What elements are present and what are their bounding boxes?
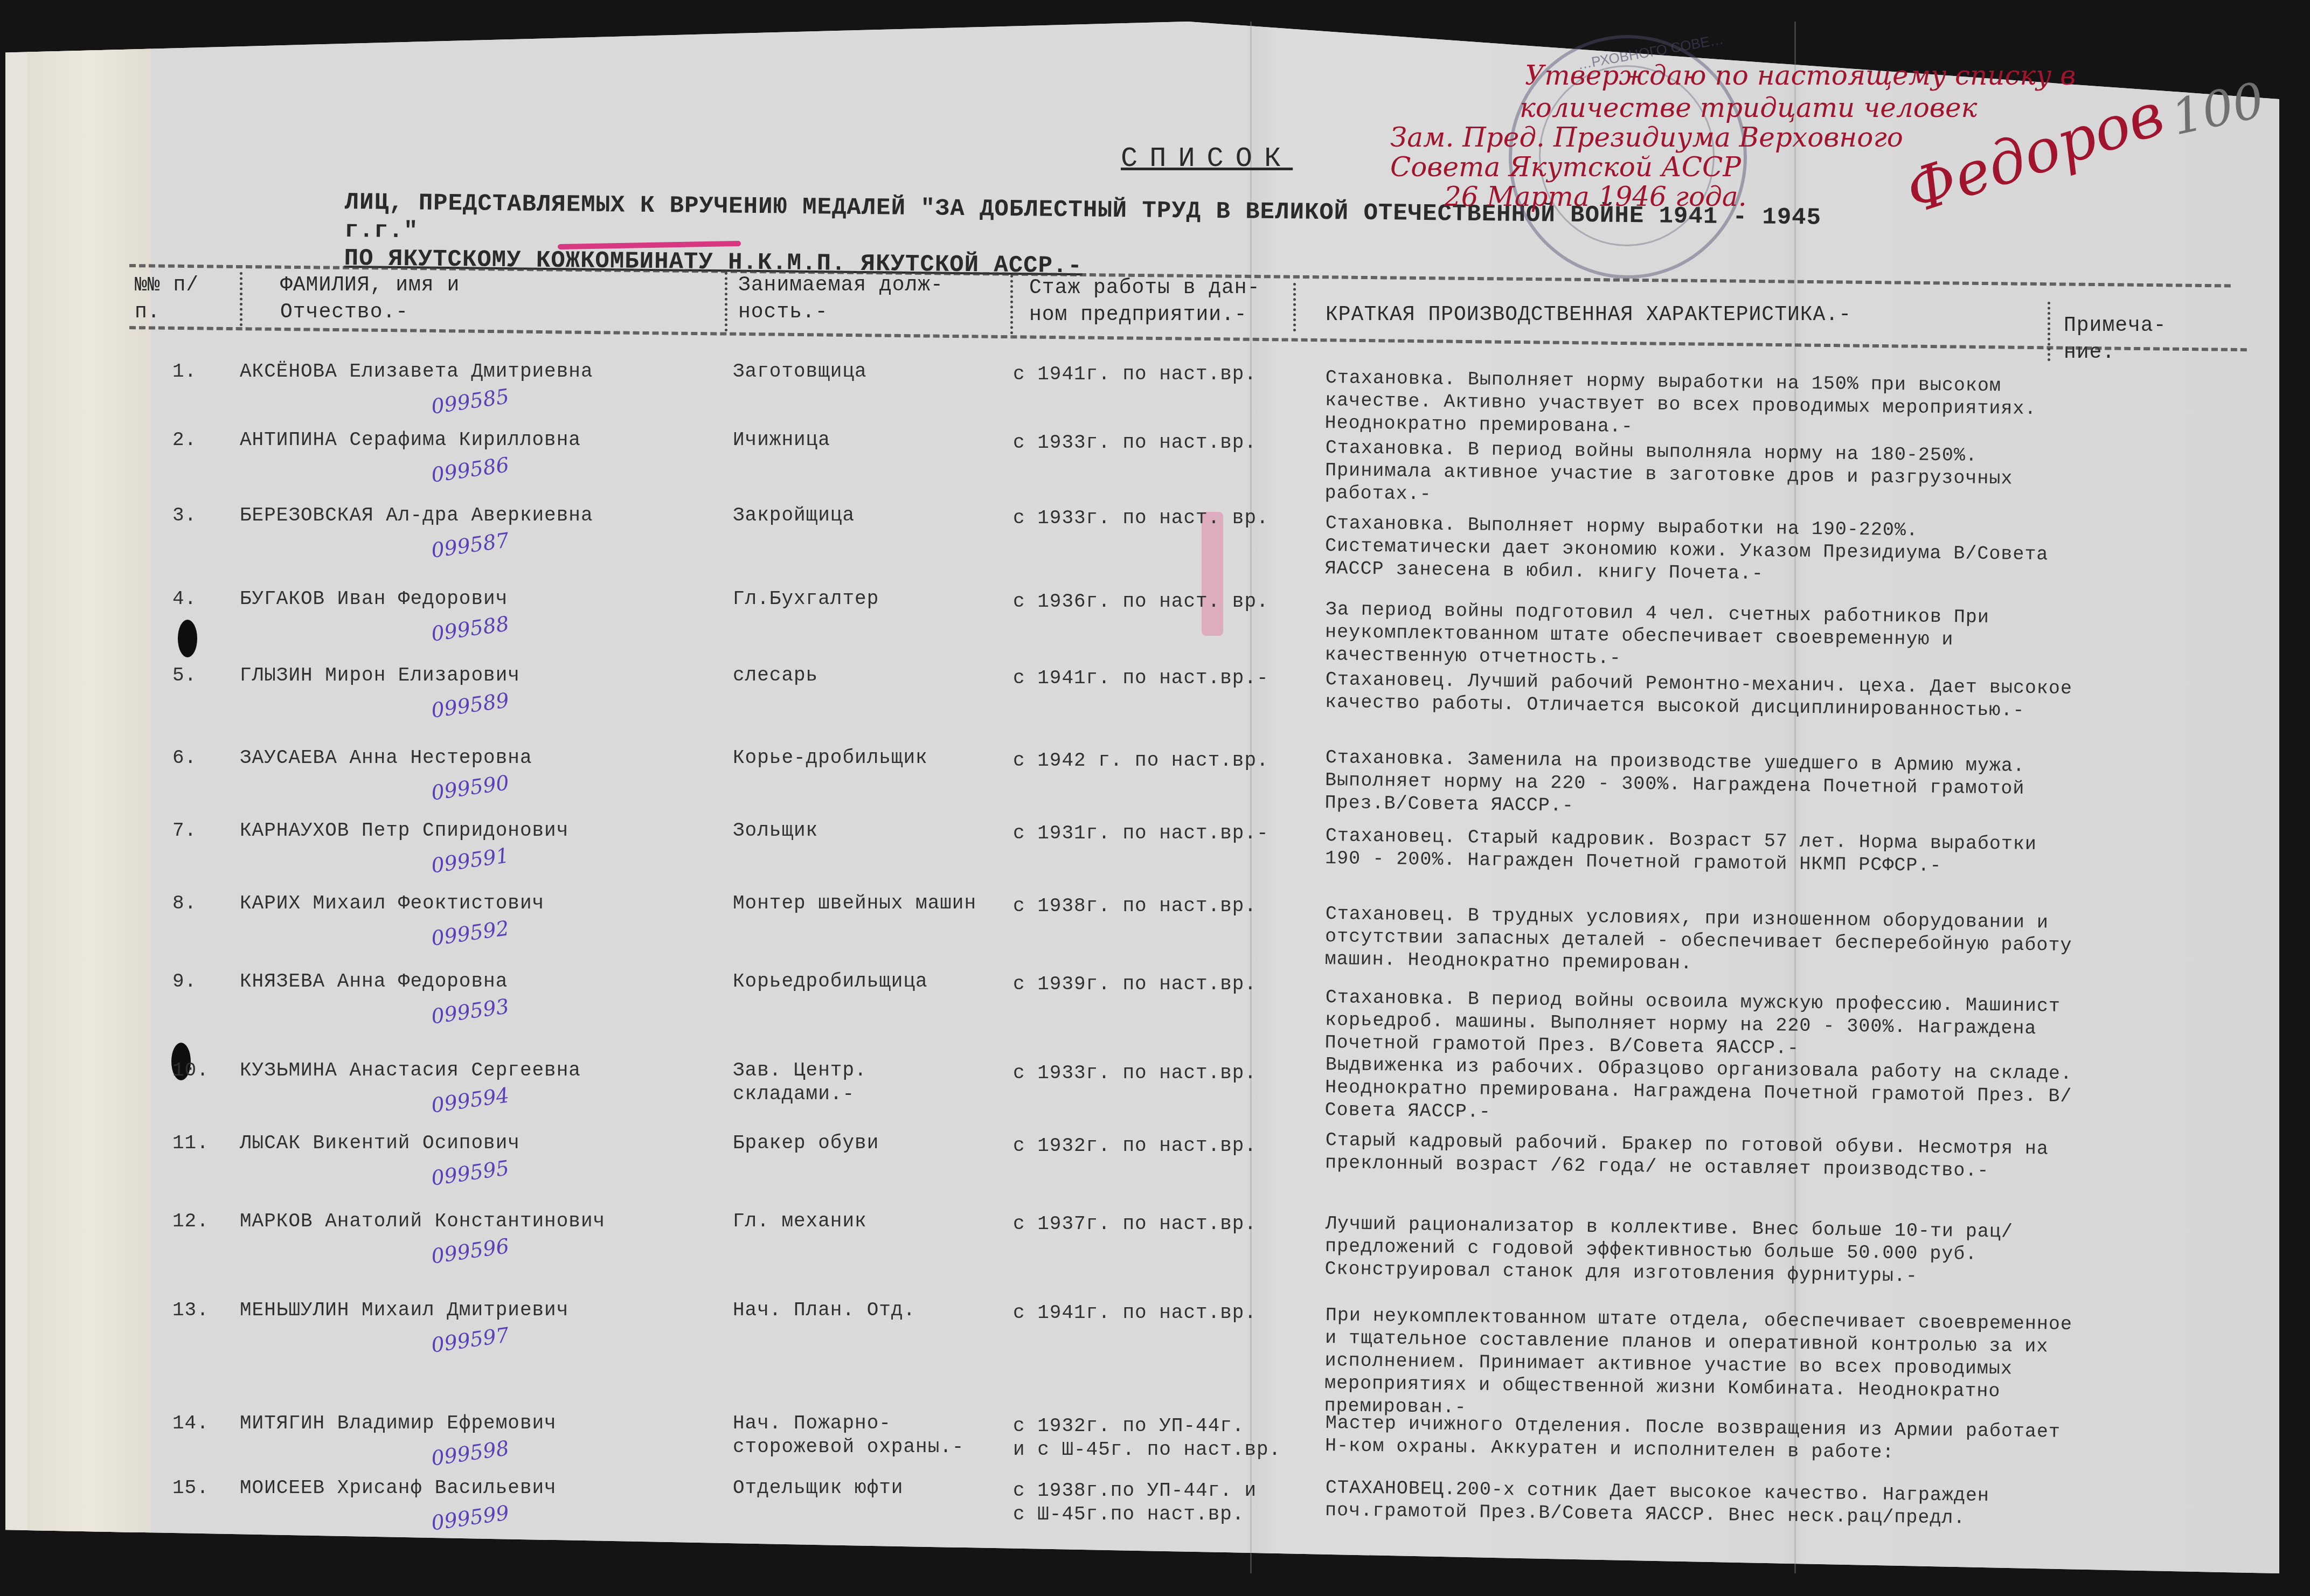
work-period: с 1933г. по наст. вр. [1013, 506, 1293, 530]
work-period: с 1941г. по наст.вр. [1013, 1301, 1293, 1325]
characteristic: Стахановец. Старый кадровик. Возраст 57 … [1325, 824, 2080, 879]
page-title: СПИСОК [1121, 143, 1293, 175]
position: Закройщица [733, 504, 991, 528]
work-period: с 1938г. по наст.вр. [1013, 894, 1293, 918]
characteristic: Стахановка. Выполняет норму выработки на… [1324, 366, 2079, 443]
characteristic: Стахановец. Лучший рабочий Ремонтно-меха… [1325, 668, 2080, 723]
work-period: с 1936г. по наст. вр. [1013, 590, 1293, 614]
row-number: 11. [172, 1132, 209, 1155]
characteristic: Стахановка. Выполняет норму выработки на… [1324, 512, 2079, 589]
row-number: 13. [172, 1299, 209, 1322]
approval-line-2: количестве тридцати человек [1520, 92, 1977, 124]
row-number: 4. [172, 587, 197, 611]
col-header-name: ФАМИЛИЯ, имя и Отчество.- [280, 272, 550, 326]
approval-date: 26 Марта 1946 года. [1444, 181, 1747, 213]
person-name: ЛЫСАК Викентий Осипович [240, 1132, 520, 1155]
row-number: 12. [172, 1210, 209, 1233]
column-separator [2048, 302, 2050, 361]
characteristic: За период войны подготовил 4 чел. счетны… [1324, 598, 2079, 675]
position: Гл. механик [733, 1210, 991, 1233]
characteristic: Стахановец. В трудных условиях, при изно… [1324, 903, 2079, 980]
position: Гл.Бухгалтер [733, 587, 991, 611]
person-name: БУГАКОВ Иван Федорович [240, 587, 508, 611]
position: Корье-дробильщик [733, 746, 991, 770]
column-separator [240, 272, 242, 326]
position: Нач. План. Отд. [733, 1299, 991, 1322]
position: слесарь [733, 664, 991, 688]
characteristic: При неукомплектованном штате отдела, обе… [1324, 1304, 2079, 1426]
position: Отдельщик юфти [733, 1476, 991, 1500]
person-name: МЕНЬШУЛИН Михаил Дмитриевич [240, 1299, 568, 1322]
row-number: 5. [172, 664, 197, 688]
characteristic: Выдвиженка из рабочих. Образцово организ… [1324, 1053, 2079, 1130]
row-number: 10. [172, 1059, 209, 1082]
work-period: с 1933г. по наст.вр. [1013, 1061, 1293, 1085]
work-period: с 1942 г. по наст.вр. [1013, 749, 1293, 773]
approval-line-3: Зам. Пред. Президиума Верховного [1390, 121, 1903, 154]
characteristic: Стахановка. Заменила на производстве уше… [1324, 746, 2079, 823]
position: Бракер обуви [733, 1132, 991, 1155]
position: Зав. Центр. складами.- [733, 1059, 991, 1106]
punch-hole [178, 620, 197, 657]
column-separator [1293, 283, 1296, 331]
work-period: с 1937г. по наст.вр. [1013, 1212, 1293, 1236]
col-header-notes: Примеча- ние. [2064, 313, 2172, 366]
paper-fold [27, 48, 151, 1568]
row-number: 7. [172, 819, 197, 843]
work-period: с 1933г. по наст.вр. [1013, 431, 1293, 455]
row-number: 8. [172, 892, 197, 915]
row-number: 3. [172, 504, 197, 528]
position: Зольщик [733, 819, 991, 843]
position: Ичижница [733, 428, 991, 452]
person-name: КУЗЬМИНА Анастасия Сергеевна [240, 1059, 581, 1082]
row-number: 15. [172, 1476, 209, 1500]
person-name: МАРКОВ Анатолий Константинович [240, 1210, 605, 1233]
row-number: 2. [172, 428, 197, 452]
person-name: ЗАУСАЕВА Анна Нестеровна [240, 746, 532, 770]
work-period: с 1932г. по УП-44г. и с Ш-45г. по наст.в… [1013, 1414, 1293, 1462]
approval-line-1: Утверждаю по настоящему списку в [1525, 59, 2076, 92]
row-number: 9. [172, 970, 197, 994]
person-name: КНЯЗЕВА Анна Федоровна [240, 970, 508, 994]
row-number: 1. [172, 360, 197, 384]
position: Монтер швейных машин [733, 892, 991, 915]
position: Корьедробильщица [733, 970, 991, 994]
person-name: МИТЯГИН Владимир Ефремович [240, 1412, 557, 1435]
column-separator [725, 272, 727, 331]
column-separator [1010, 275, 1013, 334]
person-name: АНТИПИНА Серафима Кирилловна [240, 428, 581, 452]
position: Заготовщица [733, 360, 991, 384]
work-period: с 1931г. по наст.вр.- [1013, 822, 1293, 845]
work-period: с 1938г.по УП-44г. и с Ш-45г.по наст.вр. [1013, 1479, 1293, 1526]
person-name: ГЛЫЗИН Мирон Елизарович [240, 664, 520, 688]
work-period: с 1932г. по наст.вр. [1013, 1134, 1293, 1158]
col-header-period: Стаж работы в дан- ном предприятии.- [1029, 275, 1288, 329]
row-number: 14. [172, 1412, 209, 1435]
person-name: КАРИХ Михаил Феоктистович [240, 892, 544, 915]
position: Нач. Пожарно-сторожевой охраны.- [733, 1412, 991, 1459]
person-name: КАРНАУХОВ Петр Спиридонович [240, 819, 568, 843]
characteristic: Старый кадровый рабочий. Бракер по готов… [1325, 1129, 2080, 1183]
person-name: АКСЁНОВА Елизавета Дмитриевна [240, 360, 593, 384]
work-period: с 1941г. по наст.вр.- [1013, 667, 1293, 690]
characteristic: Стахановка. В период войны освоила мужск… [1324, 986, 2079, 1063]
col-header-num: №№ п/п. [135, 272, 216, 326]
col-header-position: Занимаемая долж- ность.- [738, 272, 997, 326]
characteristic: Мастер ичижного Отделения. После возвращ… [1325, 1412, 2080, 1466]
ink-stain [1202, 512, 1223, 636]
person-name: БЕРЕЗОВСКАЯ Ал-дра Аверкиевна [240, 504, 593, 528]
characteristic: Стахановка. В период войны выполняла нор… [1324, 436, 2079, 514]
characteristic: Лучший рационализатор в коллективе. Внес… [1324, 1212, 2079, 1289]
person-name: МОИСЕЕВ Хрисанф Васильевич [240, 1476, 557, 1500]
work-period: с 1939г. по наст.вр. [1013, 973, 1293, 996]
work-period: с 1941г. по наст.вр. [1013, 363, 1293, 386]
col-header-description: КРАТКАЯ ПРОИЗВОДСТВЕННАЯ ХАРАКТЕРИСТИКА.… [1326, 302, 2026, 329]
characteristic: СТАХАНОВЕЦ.200-х сотник Дает высокое кач… [1325, 1476, 2080, 1531]
row-number: 6. [172, 746, 197, 770]
approval-line-4: Совета Якутской АССР [1390, 151, 1741, 183]
